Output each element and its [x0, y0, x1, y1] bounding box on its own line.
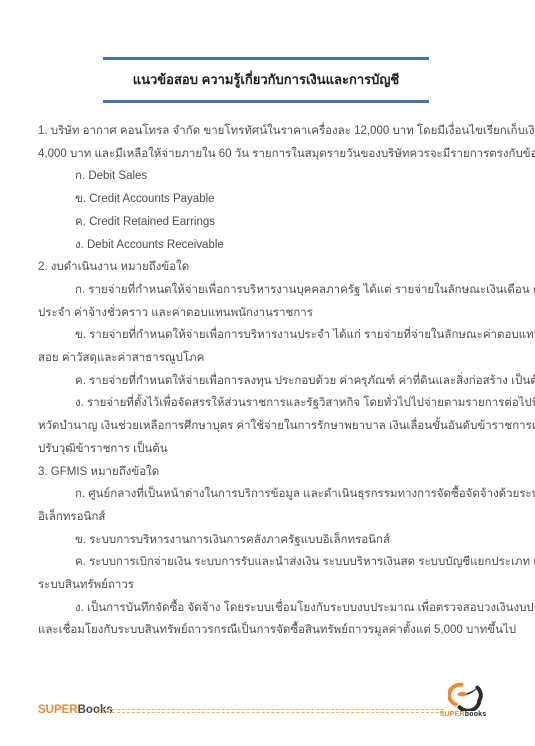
document-body: 1. บริษัท อากาศ คอนโทรล จำกัด ขายโทรทัศน…: [0, 0, 535, 746]
document-line: ง. Debit Accounts Receivable: [75, 238, 535, 253]
document-line: ประจำ ค่าจ้างชั่วคราว และค่าตอบแทนพนักงา…: [38, 306, 508, 321]
document-line: ก. รายจ่ายที่กำหนดให้จ่ายเพื่อการบริหารง…: [75, 283, 535, 298]
document-line: ก. Debit Sales: [75, 169, 535, 184]
document-line: ระบบสินทรัพย์ถาวร: [38, 578, 508, 593]
document-line: 2. งบดำเนินงาน หมายถึงข้อใด: [38, 260, 508, 275]
document-line: ก. ศูนย์กลางที่เป็นหน้าต่างในการบริการข้…: [75, 487, 535, 502]
footer-dashed-rule: [97, 709, 444, 713]
document-page: แนวข้อสอบ ความรู้เกี่ยวกับการเงินและการบ…: [0, 0, 535, 746]
footer-brand-super: SUPER: [38, 704, 78, 716]
document-line: 3. GFMIS หมายถึงข้อใด: [38, 465, 508, 480]
document-line: และเชื่อมโยงกับระบบสินทรัพย์ถาวรกรณีเป็น…: [38, 623, 508, 638]
document-line: 1. บริษัท อากาศ คอนโทรล จำกัด ขายโทรทัศน…: [38, 124, 508, 139]
document-line: อิเล็กทรอนิกส์: [38, 510, 508, 525]
superbooks-swoosh-logo-icon: [448, 681, 486, 711]
document-line: ข. ระบบการบริหารงานการเงินการคลังภาครัฐแ…: [75, 533, 535, 548]
document-line: สอย ค่าวัสดุและค่าสาธารณูปโภค: [38, 351, 508, 366]
document-line: ง. เป็นการบันทึกจัดซื้อ จัดจ้าง โดยระบบเ…: [75, 601, 535, 616]
document-line: ข. Credit Accounts Payable: [75, 192, 535, 207]
document-line: หวัดบำนาญ เงินช่วยเหลือการศึกษาบุตร ค่าใ…: [38, 419, 508, 434]
footer-logo-books: books: [465, 711, 487, 718]
document-line: 4,000 บาท และมีเหลือให้จ่ายภายใน 60 วัน …: [38, 147, 508, 162]
document-line: ปรับวุฒิข้าราชการ เป็นต้น: [38, 442, 508, 457]
document-line: ข. รายจ่ายที่กำหนดให้จ่ายเพื่อการบริหารง…: [75, 328, 535, 343]
document-line: ค. ระบบการเบิกจ่ายเงิน ระบบการรับและนำส่…: [75, 555, 535, 570]
document-line: ค. Credit Retained Earrings: [75, 215, 535, 230]
footer-logo-wordmark: SUPERbooks: [437, 711, 489, 718]
document-line: ค. รายจ่ายที่กำหนดให้จ่ายเพื่อการลงทุน ป…: [75, 374, 535, 389]
document-line: ง. รายจ่ายที่ตั้งไว้เพื่อจัดสรรให้ส่วนรา…: [75, 396, 535, 411]
footer-logo-super: SUPER: [440, 711, 465, 718]
